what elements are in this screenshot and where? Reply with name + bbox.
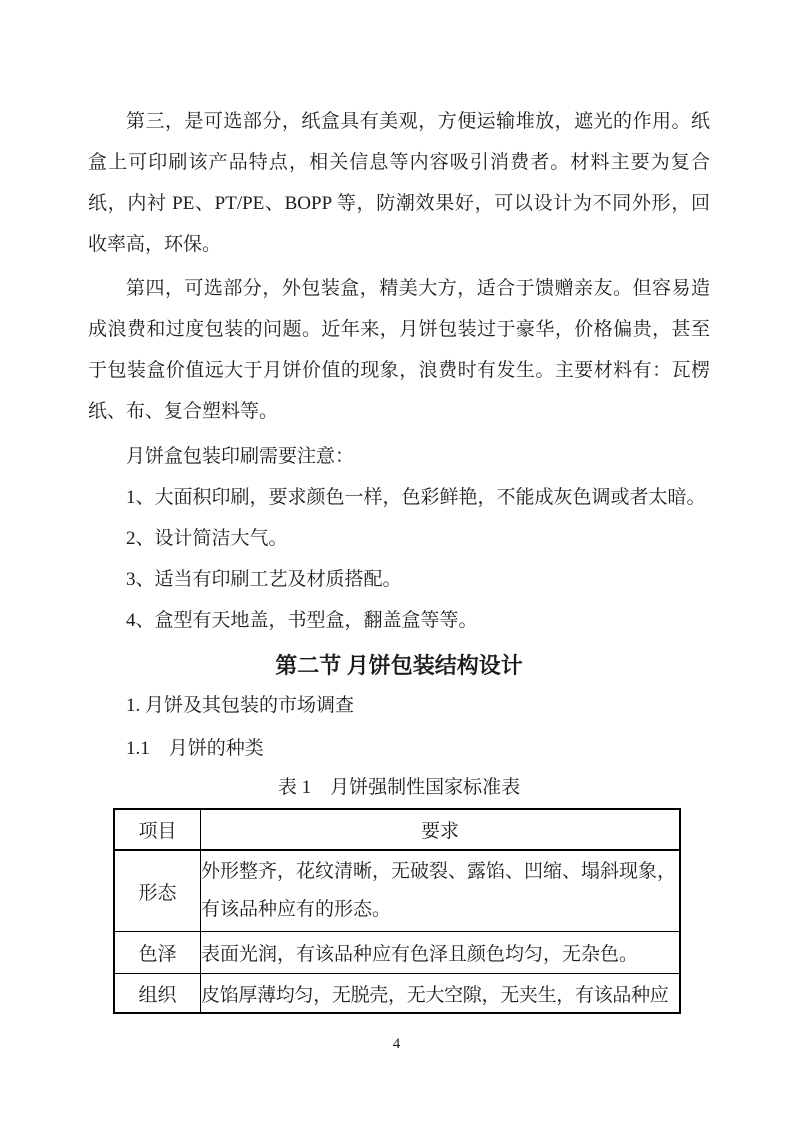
table-header-row: 项目 要求 <box>114 809 680 850</box>
table-cell-requirement: 外形整齐，花纹清晰，无破裂、露馅、凹缩、塌斜现象，有该品种应有的形态。 <box>201 850 681 932</box>
printing-note-3: 3、适当有印刷工艺及材质搭配。 <box>88 559 710 600</box>
document-content: 第三，是可选部分，纸盒具有美观，方便运输堆放，遮光的作用。纸盒上可印刷该产品特点… <box>88 0 710 1014</box>
table-cell-requirement: 皮馅厚薄均匀，无脱壳，无大空隙，无夹生，有该品种应 <box>201 974 681 1014</box>
table-row: 色泽 表面光润，有该品种应有色泽且颜色均匀，无杂色。 <box>114 932 680 974</box>
standards-table: 项目 要求 形态 外形整齐，花纹清晰，无破裂、露馅、凹缩、塌斜现象，有该品种应有… <box>113 808 681 1014</box>
paragraph-outer-gift-box: 第四，可选部分，外包装盒，精美大方，适合于馈赠亲友。但容易造成浪费和过度包装的问… <box>88 268 710 432</box>
document-page: 第三，是可选部分，纸盒具有美观，方便运输堆放，遮光的作用。纸盒上可印刷该产品特点… <box>0 0 793 1122</box>
printing-notes-intro: 月饼盒包装印刷需要注意： <box>88 436 710 477</box>
printing-note-1: 1、大面积印刷，要求颜色一样，色彩鲜艳，不能成灰色调或者太暗。 <box>88 477 710 518</box>
sub-heading-1-1: 1.1 月饼的种类 <box>88 728 710 769</box>
paragraph-cardboard-box: 第三，是可选部分，纸盒具有美观，方便运输堆放，遮光的作用。纸盒上可印刷该产品特点… <box>88 101 710 265</box>
section-heading: 第二节 月饼包装结构设计 <box>88 649 710 683</box>
table-cell-item: 组织 <box>114 974 201 1014</box>
table-cell-requirement: 表面光润，有该品种应有色泽且颜色均匀，无杂色。 <box>201 932 681 974</box>
table-cell-item: 色泽 <box>114 932 201 974</box>
table-row: 形态 外形整齐，花纹清晰，无破裂、露馅、凹缩、塌斜现象，有该品种应有的形态。 <box>114 850 680 932</box>
sub-heading-1: 1. 月饼及其包装的市场调查 <box>88 685 710 726</box>
table-cell-item: 形态 <box>114 850 201 932</box>
printing-note-2: 2、设计简洁大气。 <box>88 518 710 559</box>
page-number: 4 <box>0 1036 793 1053</box>
table-caption: 表 1 月饼强制性国家标准表 <box>88 769 710 807</box>
table-header-requirement: 要求 <box>201 809 681 850</box>
printing-note-4: 4、盒型有天地盖，书型盒，翻盖盒等等。 <box>88 600 710 641</box>
table-row: 组织 皮馅厚薄均匀，无脱壳，无大空隙，无夹生，有该品种应 <box>114 974 680 1014</box>
table-header-item: 项目 <box>114 809 201 850</box>
